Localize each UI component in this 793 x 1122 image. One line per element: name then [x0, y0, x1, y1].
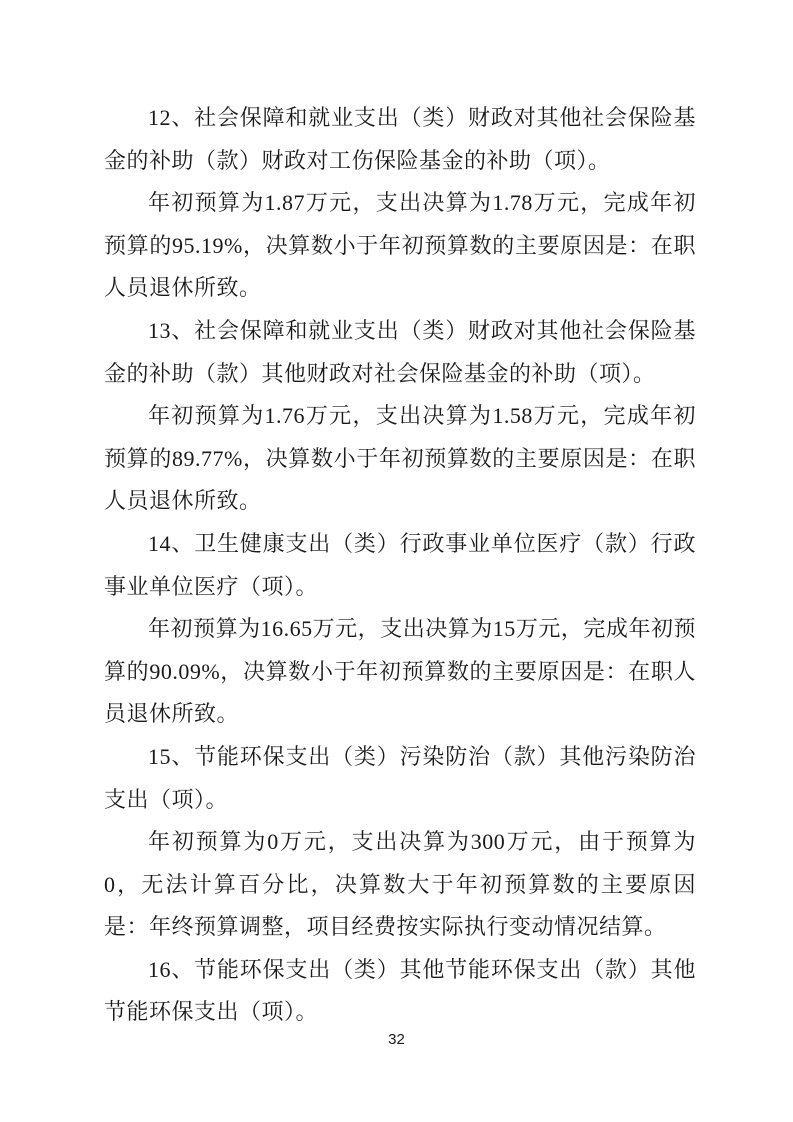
item-12-heading: 12、社会保障和就业支出（类）财政对其他社会保险基金的补助（款）财政对工伤保险基… [104, 97, 696, 182]
item-12-detail: 年初预算为1.87万元，支出决算为1.78万元，完成年初预算的95.19%，决算… [104, 182, 696, 310]
item-14-heading: 14、卫生健康支出（类）行政事业单位医疗（款）行政事业单位医疗（项）。 [104, 523, 696, 608]
item-13-heading: 13、社会保障和就业支出（类）财政对其他社会保险基金的补助（款）其他财政对社会保… [104, 310, 696, 395]
item-15-detail: 年初预算为0万元，支出决算为300万元，由于预算为0，无法计算百分比，决算数大于… [104, 821, 696, 949]
item-15-heading: 15、节能环保支出（类）污染防治（款）其他污染防治支出（项）。 [104, 736, 696, 821]
item-13-detail: 年初预算为1.76万元，支出决算为1.58万元，完成年初预算的89.77%，决算… [104, 395, 696, 523]
document-body: 12、社会保障和就业支出（类）财政对其他社会保险基金的补助（款）财政对工伤保险基… [104, 97, 696, 1034]
item-14-detail: 年初预算为16.65万元，支出决算为15万元，完成年初预算的90.09%，决算数… [104, 608, 696, 736]
document-page: 12、社会保障和就业支出（类）财政对其他社会保险基金的补助（款）财政对工伤保险基… [0, 0, 793, 1122]
item-16-heading: 16、节能环保支出（类）其他节能环保支出（款）其他节能环保支出（项）。 [104, 949, 696, 1034]
page-number: 32 [0, 1031, 793, 1048]
